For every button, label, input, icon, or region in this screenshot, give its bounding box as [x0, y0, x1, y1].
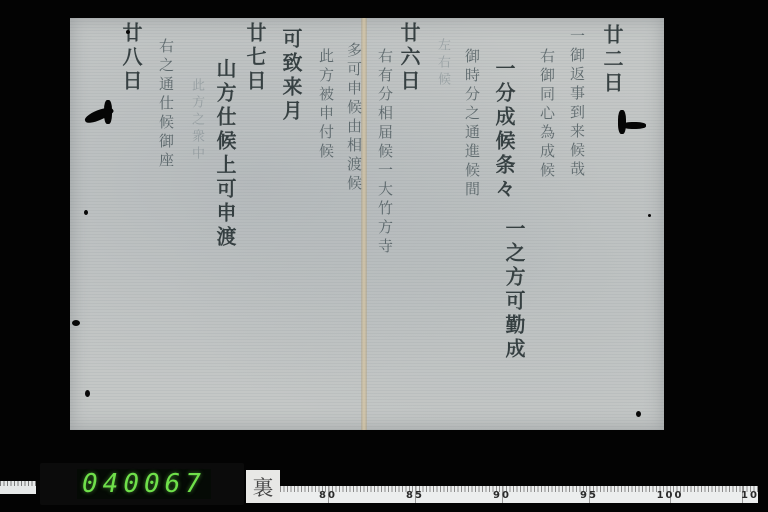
side-label-verso: 裏 [246, 470, 280, 503]
ruler-label: 85 [406, 490, 424, 501]
wormhole-blot [104, 100, 112, 124]
text-column: 廿二日 [602, 24, 622, 96]
wormhole-dot [84, 210, 88, 215]
text-column: 御時分之通進候間 [464, 48, 479, 200]
text-column: 廿八日 [121, 22, 141, 94]
ruler-label: 95 [580, 490, 598, 501]
text-column: 一分成候条々 [494, 58, 514, 202]
text-column: 此方被申付候 [318, 48, 333, 162]
archive-capture-frame: 多可申候由相渡候 此方被申付候 可致来月 廿七日 山方仕候上可申渡 此方之衆中 … [0, 0, 768, 512]
text-column: 左右候 [436, 38, 449, 89]
wormhole-dot [85, 390, 90, 397]
ruler-ticks [280, 486, 758, 492]
ruler-label: 80 [319, 490, 337, 501]
text-column: 山方仕候上可申渡 [215, 58, 235, 250]
text-column: 一御返事到来候哉 [569, 28, 584, 180]
ruler-label: 10 [741, 490, 758, 501]
text-column: 多可申候由相渡候 [346, 42, 361, 194]
wormhole-blot [622, 122, 646, 129]
ruler-fragment-left [0, 481, 36, 494]
frame-number: 040067 [82, 469, 206, 499]
text-column: 可致来月 [281, 28, 301, 124]
text-column: 右之通仕候御座 [158, 38, 173, 171]
text-column: 右御同心為成候 [539, 48, 554, 181]
wormhole-dot [126, 30, 130, 34]
ruler-label: 90 [493, 490, 511, 501]
ruler-label: 100 [657, 490, 684, 501]
text-column: 廿六日 [399, 22, 419, 94]
text-column: 右有分相届候一大竹方寺 [377, 48, 392, 257]
wormhole-dot [636, 411, 641, 417]
text-column: 此方之衆中 [190, 78, 203, 163]
wormhole-dot [648, 214, 651, 217]
text-column: 一之方可勤成 [504, 218, 524, 362]
wormhole-dot [72, 320, 80, 326]
text-column: 廿七日 [245, 22, 265, 94]
frame-counter: 040067 [40, 463, 244, 505]
manuscript-paper: 多可申候由相渡候 此方被申付候 可致来月 廿七日 山方仕候上可申渡 此方之衆中 … [70, 18, 664, 430]
counter-display: 040067 [77, 469, 211, 499]
left-page: 多可申候由相渡候 此方被申付候 可致来月 廿七日 山方仕候上可申渡 此方之衆中 … [70, 18, 363, 430]
right-page: 廿二日 一御返事到来候哉 右御同心為成候 一之方可勤成 一分成候条々 御時分之通… [367, 18, 664, 430]
measurement-ruler: 80 85 90 95 100 10 [280, 486, 758, 503]
